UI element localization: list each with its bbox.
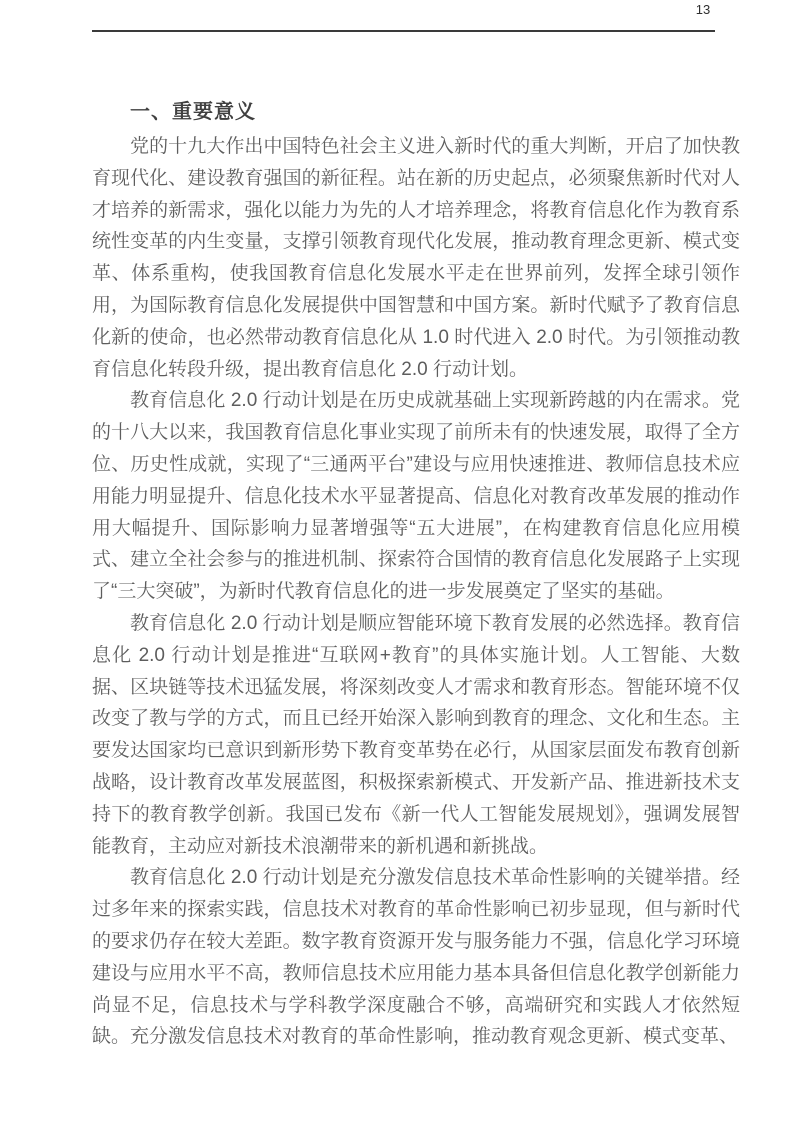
paragraph-3: 教育信息化 2.0 行动计划是顺应智能环境下教育发展的必然选择。教育信息化 2.… [92,608,740,862]
document-page: 13 一、重要意义 党的十九大作出中国特色社会主义进入新时代的重大判断，开启了加… [0,0,793,1122]
page-content: 一、重要意义 党的十九大作出中国特色社会主义进入新时代的重大判断，开启了加快教育… [92,97,740,1053]
paragraph-1: 党的十九大作出中国特色社会主义进入新时代的重大判断，开启了加快教育现代化、建设教… [92,131,740,385]
paragraph-4: 教育信息化 2.0 行动计划是充分激发信息技术革命性影响的关键举措。经过多年来的… [92,862,740,1053]
page-number: 13 [678,2,728,18]
paragraph-2: 教育信息化 2.0 行动计划是在历史成就基础上实现新跨越的内在需求。党的十八大以… [92,385,740,608]
header-rule [92,30,715,32]
section-heading: 一、重要意义 [92,97,740,127]
